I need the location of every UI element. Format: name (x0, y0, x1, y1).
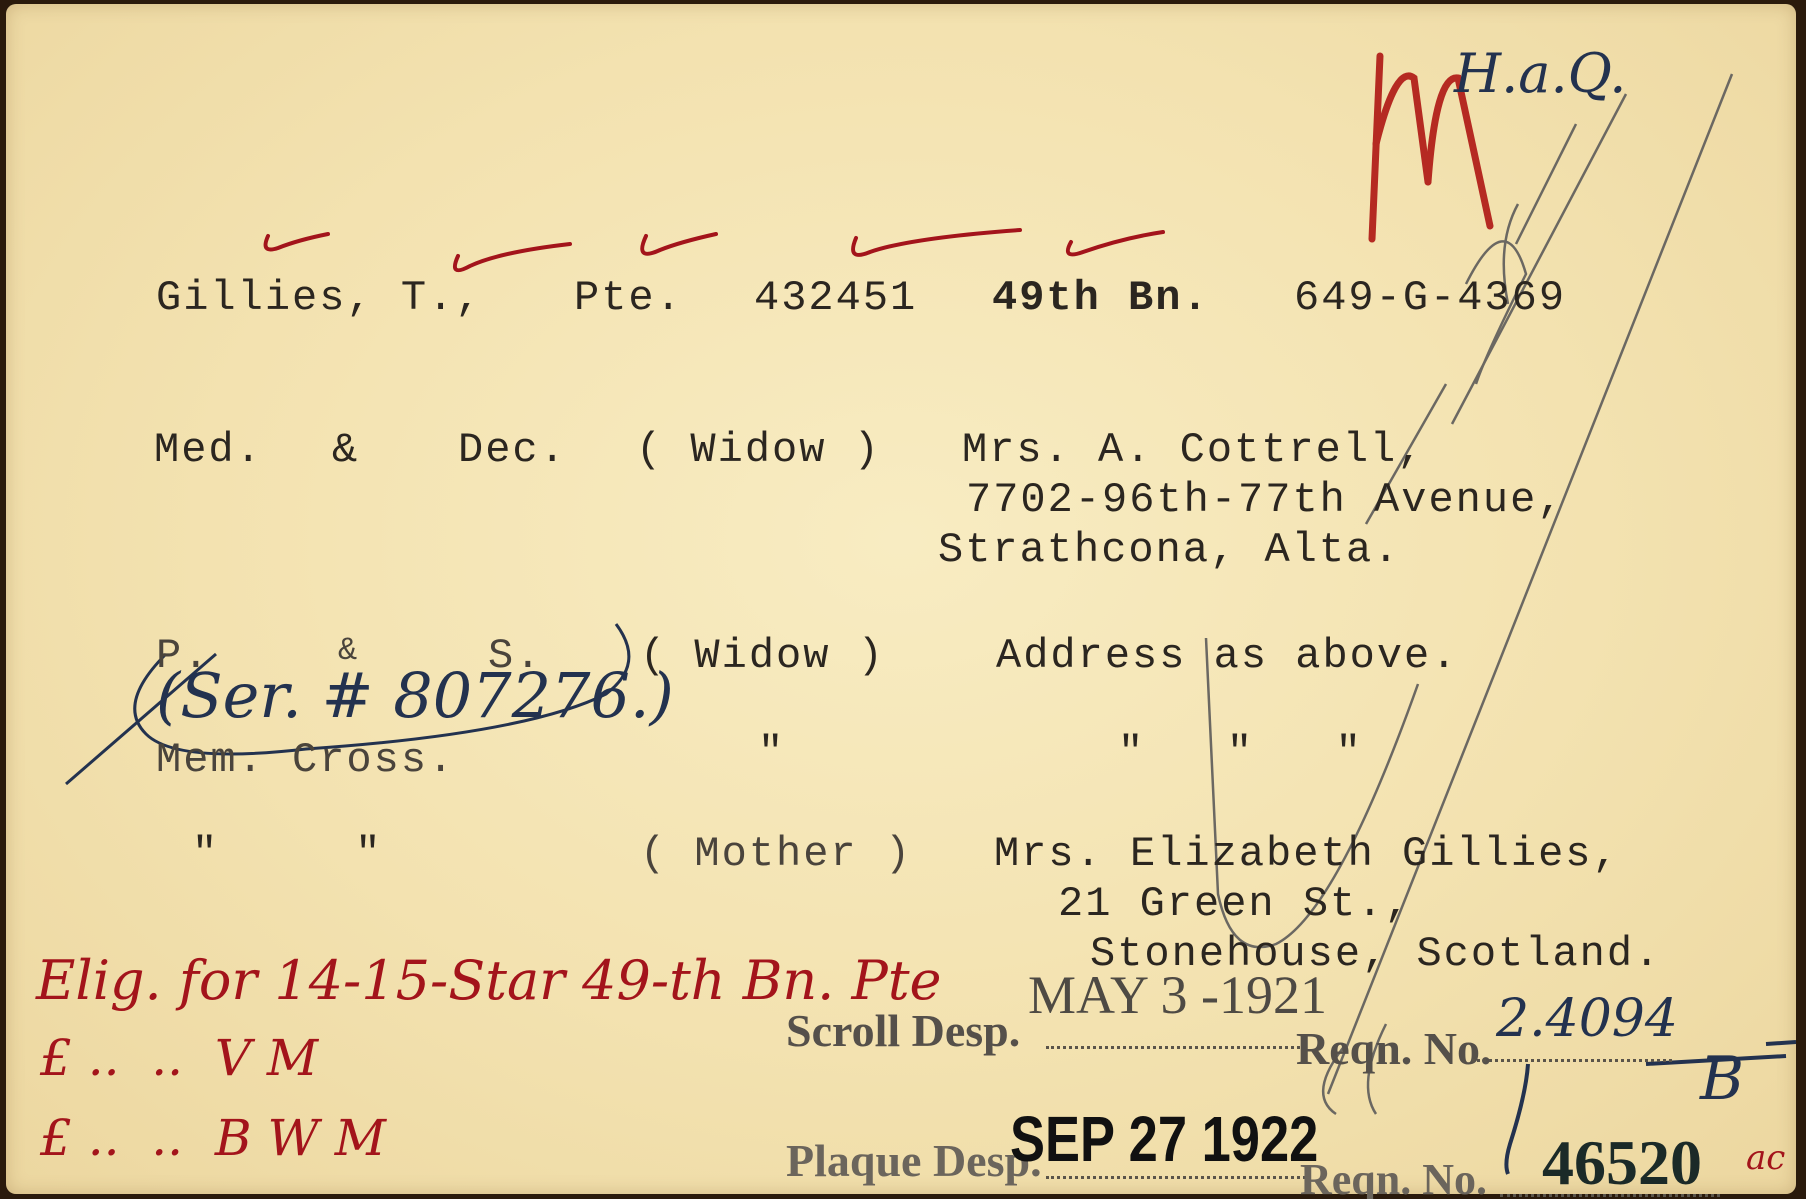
entry-relation: ( Widow ) (636, 426, 881, 474)
recipient-line: Address as above. (996, 632, 1458, 680)
entry-relation: ( Mother ) (640, 830, 912, 878)
bottom-right-initials: ac (1746, 1138, 1785, 1178)
plaque-desp-line (1046, 1176, 1306, 1179)
scroll-reqn-line (1472, 1059, 1672, 1062)
scroll-desp-label: Scroll Desp. (786, 1004, 1020, 1057)
recipient-line: 21 Green St., (1058, 880, 1412, 928)
regimental-number: 432451 (754, 274, 917, 322)
file-number: 649-G-4369 (1294, 274, 1566, 322)
entry-relation: ( Widow ) (640, 632, 885, 680)
recipient-line: 7702-96th-77th Avenue, (966, 476, 1565, 524)
plaque-reqn-value: 46520 (1542, 1126, 1702, 1199)
recipient-line: " " " (1118, 729, 1363, 777)
scroll-desp-line (1046, 1046, 1306, 1049)
plaque-desp-label: Plaque Desp. (786, 1134, 1042, 1187)
plaque-reqn-line (1500, 1194, 1720, 1197)
plaque-reqn-label: Reqn. No. (1300, 1154, 1487, 1199)
entry-item: " " (192, 830, 382, 878)
recipient-line: Strathcona, Alta. (938, 526, 1400, 574)
entry-item-part: Dec. (458, 426, 567, 474)
top-right-initials: H.a.Q. (1454, 42, 1626, 105)
eligibility-line: Elig. for 14-15-Star 49-th Bn. Pte (36, 949, 942, 1012)
eligibility-line: £ .. .. B W M (40, 1109, 386, 1167)
unit: 49th Bn. (992, 274, 1210, 322)
scroll-reqn-value: 2.4094 (1496, 989, 1678, 1049)
entry-item-part: Med. (154, 426, 263, 474)
service-number-note: (Ser. # 807276.) (156, 659, 674, 732)
entry-relation: " (758, 729, 785, 777)
index-card: H.a.Q. Gillies, T., Pte. 432451 49th Bn.… (6, 4, 1796, 1194)
entry-item-part: & (332, 426, 359, 474)
surname: Gillies, T., (156, 274, 482, 322)
eligibility-line: £ .. .. V M (40, 1029, 318, 1087)
entry-item: Mem. Cross. (156, 736, 455, 784)
recipient-line: Mrs. A. Cottrell, (962, 426, 1424, 474)
plaque-reqn-mark: B (1700, 1044, 1744, 1114)
recipient-line: Mrs. Elizabeth Gillies, (994, 830, 1620, 878)
scroll-date-stamp: MAY 3 -1921 (1028, 964, 1327, 1026)
rank: Pte. (574, 274, 683, 322)
plaque-date-stamp: SEP 27 1922 (1010, 1102, 1318, 1176)
scroll-reqn-label: Reqn. No. (1296, 1022, 1492, 1075)
